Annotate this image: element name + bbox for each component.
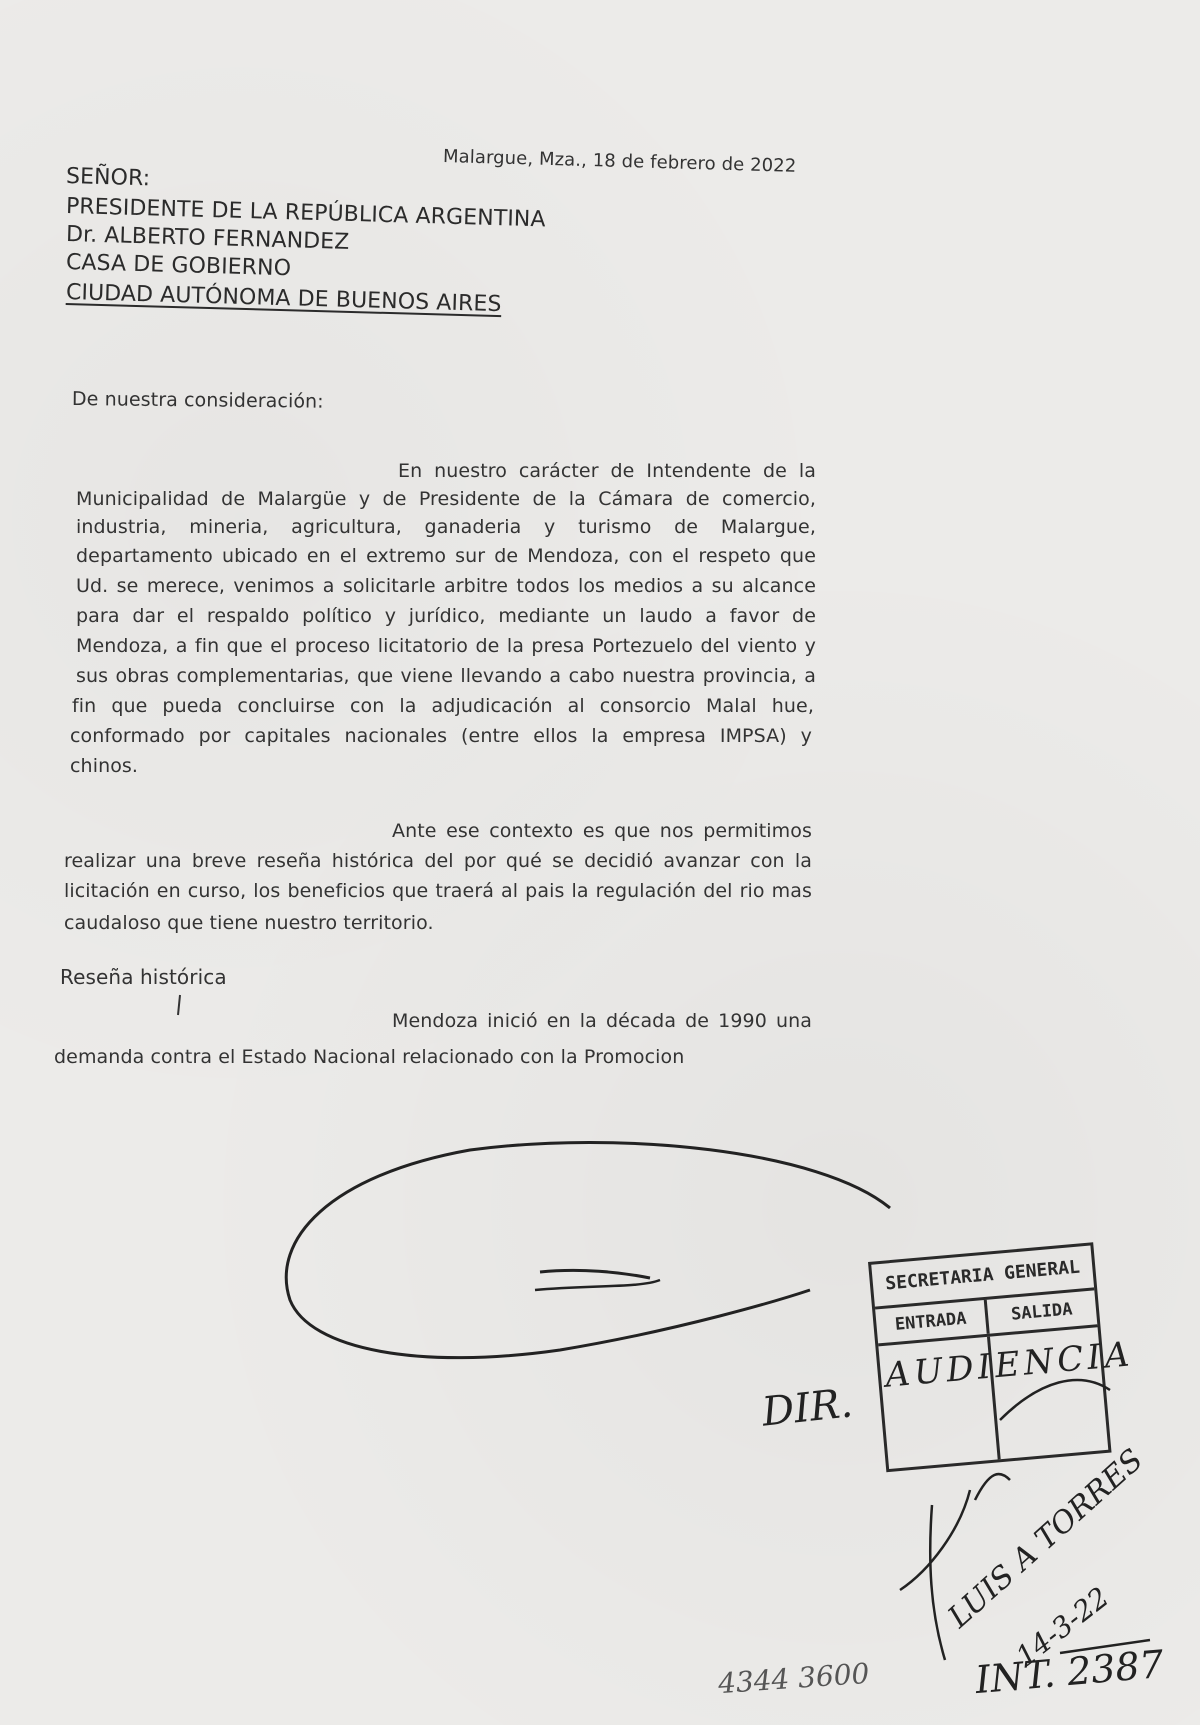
signature-icon	[0, 0, 1200, 1725]
scanned-letter-page: Malargue, Mza., 18 de febrero de 2022 SE…	[0, 0, 1200, 1725]
